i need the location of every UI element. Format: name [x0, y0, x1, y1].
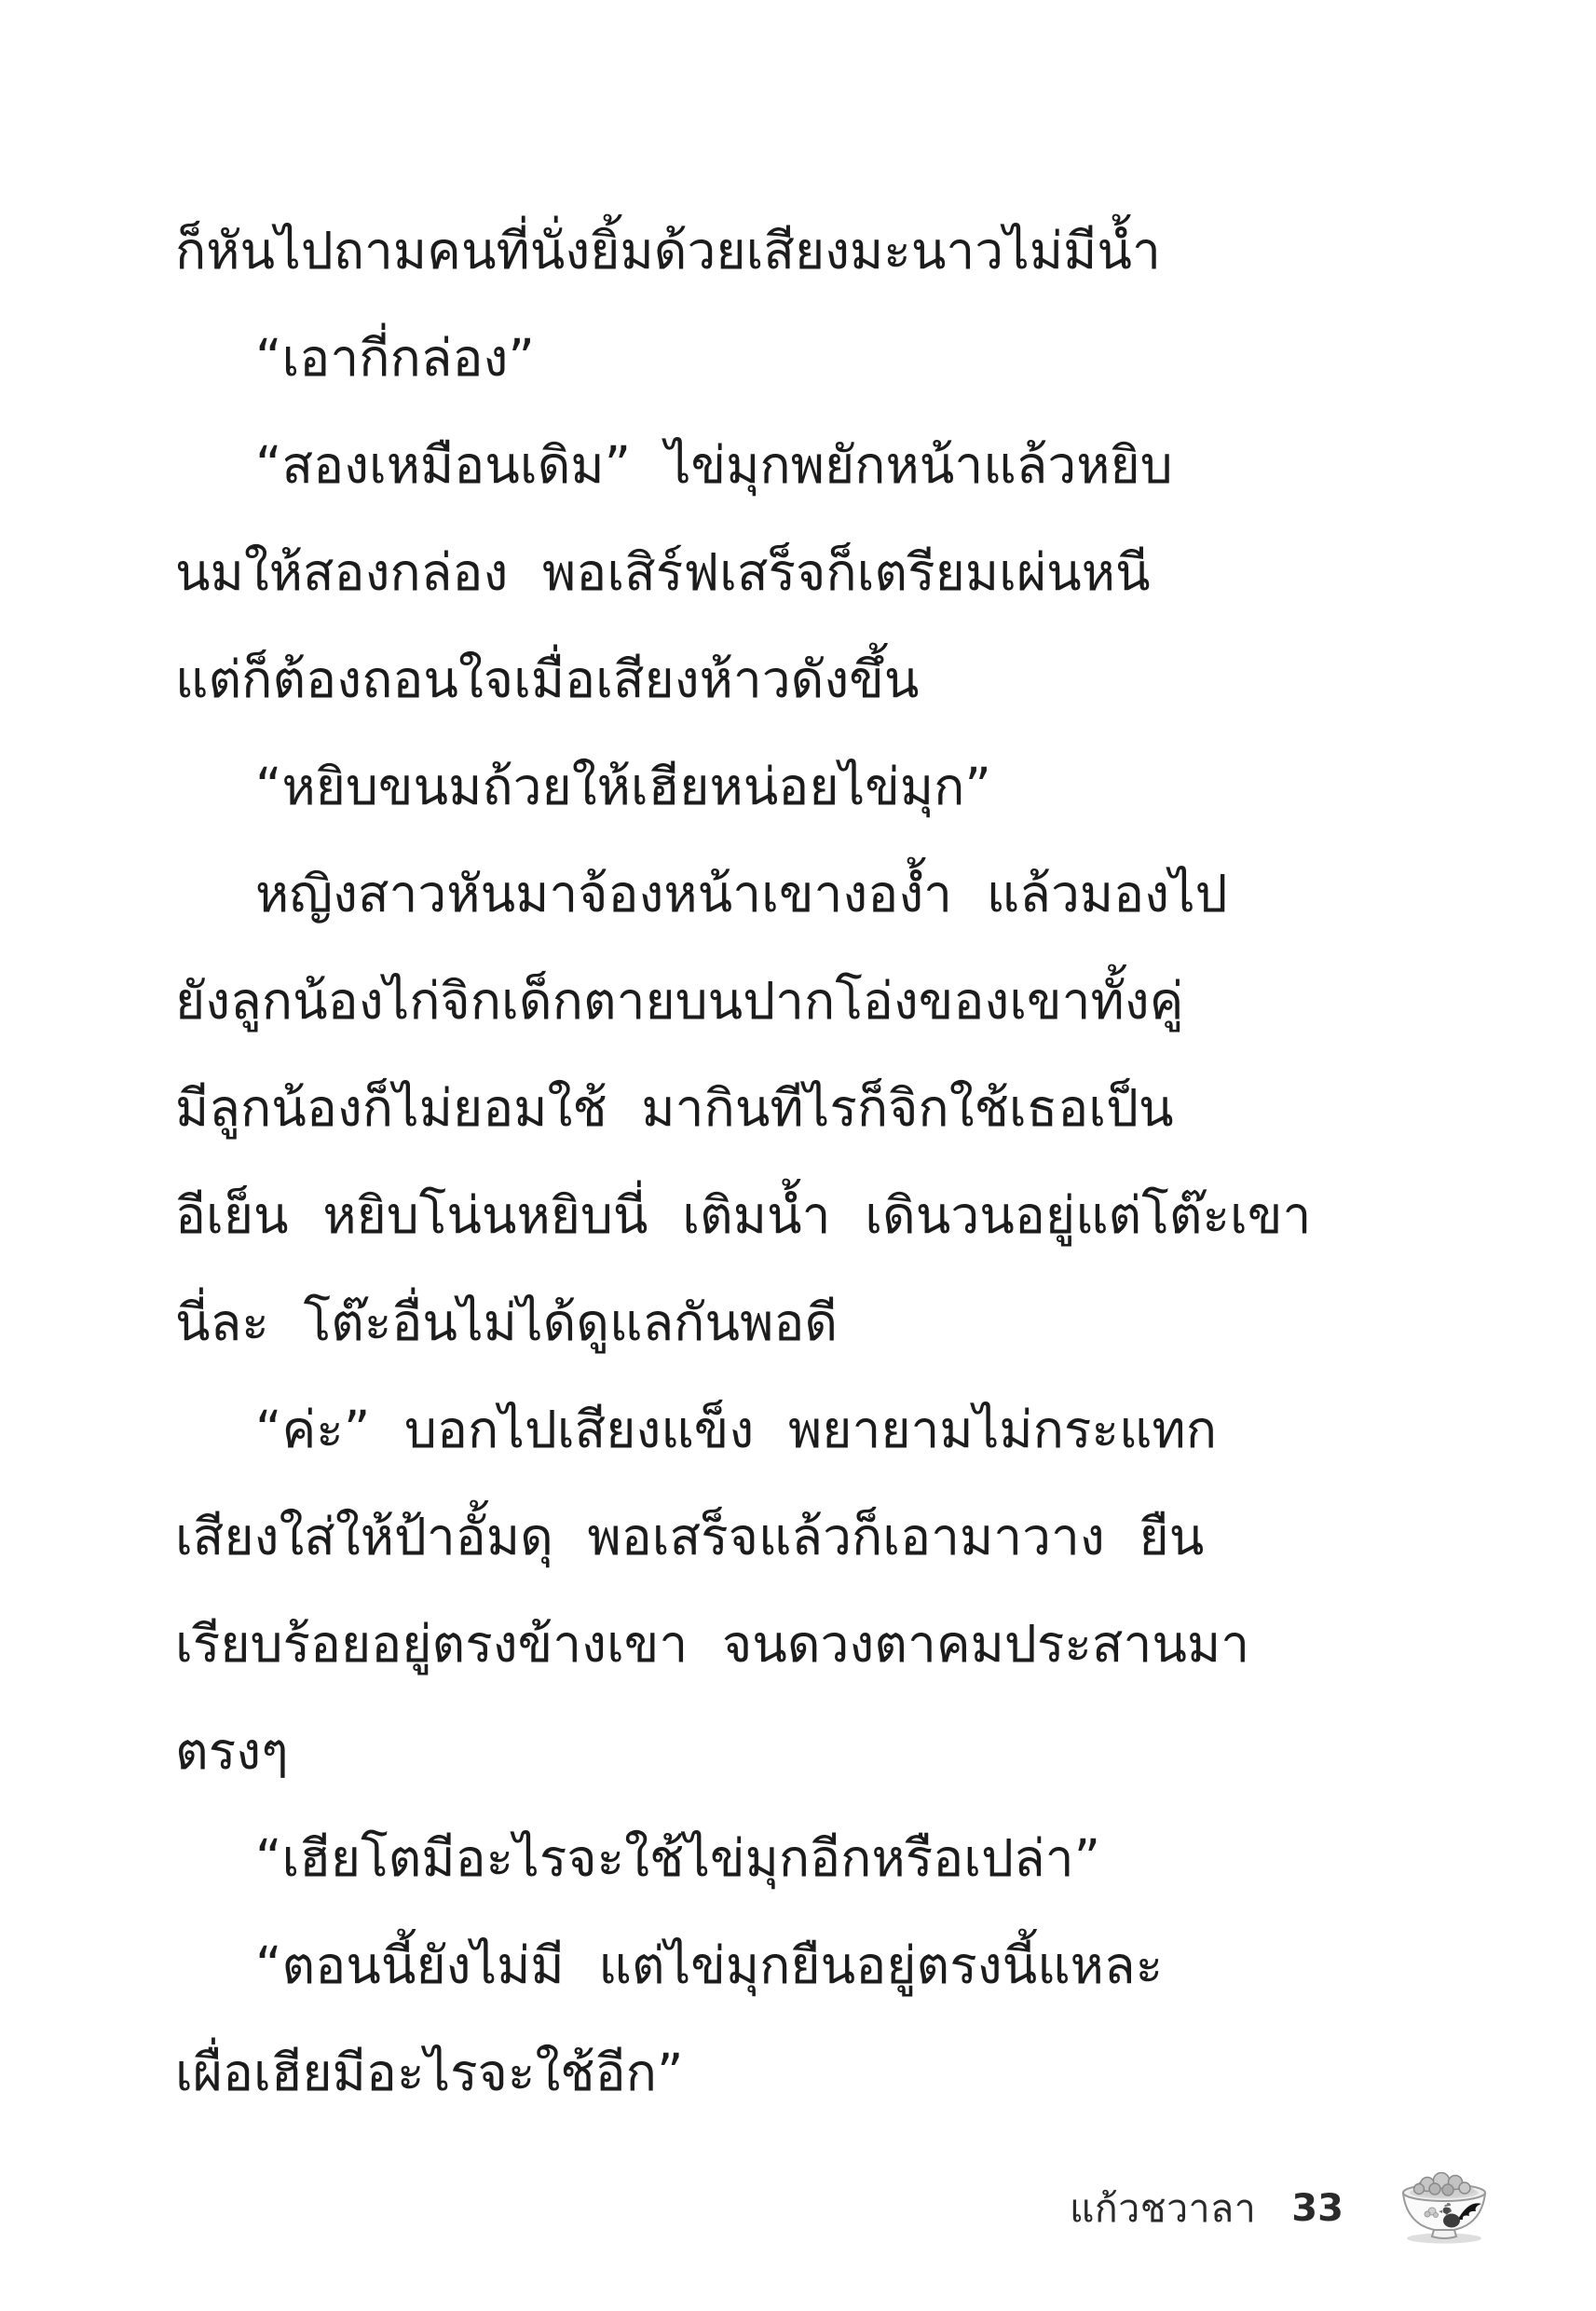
text-line: ตรงๆ	[175, 1698, 1429, 1805]
text-line: ยังลูกน้องไก่จิกเด็กตายบนปากโอ่งของเขาทั…	[175, 948, 1429, 1055]
text-line: อีเย็น หยิบโน่นหยิบนี่ เติมน้ำ เดินวนอยู…	[175, 1162, 1429, 1269]
text-line: นี่ละ โต๊ะอื่นไม่ได้ดูแลกันพอดี	[175, 1269, 1429, 1376]
text-line: นมให้สองกล่อง พอเสิร์ฟเสร็จก็เตรียมเผ่นห…	[175, 519, 1429, 626]
text-line: “ค่ะ” บอกไปเสียงแข็ง พยายามไม่กระแทก	[175, 1376, 1429, 1484]
body-text: ก็หันไปถามคนที่นั่งยิ้มด้วยเสียงมะนาวไม่…	[175, 198, 1429, 2126]
text-line: หญิงสาวหันมาจ้องหน้าเขางอง้ำ แล้วมองไป	[175, 841, 1429, 948]
book-page: ก็หันไปถามคนที่นั่งยิ้มด้วยเสียงมะนาวไม่…	[0, 0, 1596, 2311]
page-number: 33	[1291, 2187, 1344, 2230]
text-line: “เฮียโตมีอะไรจะใช้ไข่มุกอีกหรือเปล่า”	[175, 1805, 1429, 1912]
text-line: ก็หันไปถามคนที่นั่งยิ้มด้วยเสียงมะนาวไม่…	[175, 198, 1429, 305]
text-line: “สองเหมือนเดิม” ไข่มุกพยักหน้าแล้วหยิบ	[175, 412, 1429, 519]
text-line: “หยิบขนมถ้วยให้เฮียหน่อยไข่มุก”	[175, 733, 1429, 841]
text-line: “เอากี่กล่อง”	[175, 305, 1429, 412]
page-footer: แก้วชวาลา 33	[1070, 2171, 1498, 2246]
text-line: “ตอนนี้ยังไม่มี แต่ไข่มุกยืนอยู่ตรงนี้แห…	[175, 1912, 1429, 2019]
text-line: มีลูกน้องก็ไม่ยอมใช้ มากินทีไรก็จิกใช้เธ…	[175, 1055, 1429, 1162]
text-line: แต่ก็ต้องถอนใจเมื่อเสียงห้าวดังขึ้น	[175, 626, 1429, 733]
text-line: เผื่อเฮียมีอะไรจะใช้อีก”	[175, 2019, 1429, 2126]
text-line: เรียบร้อยอยู่ตรงข้างเขา จนดวงตาคมประสานม…	[175, 1591, 1429, 1698]
text-line: เสียงใส่ให้ป้าอั้มดุ พอเสร็จแล้วก็เอามาว…	[175, 1484, 1429, 1591]
noodle-bowl-icon	[1390, 2172, 1498, 2245]
book-title: แก้วชวาลา	[1070, 2179, 1256, 2239]
